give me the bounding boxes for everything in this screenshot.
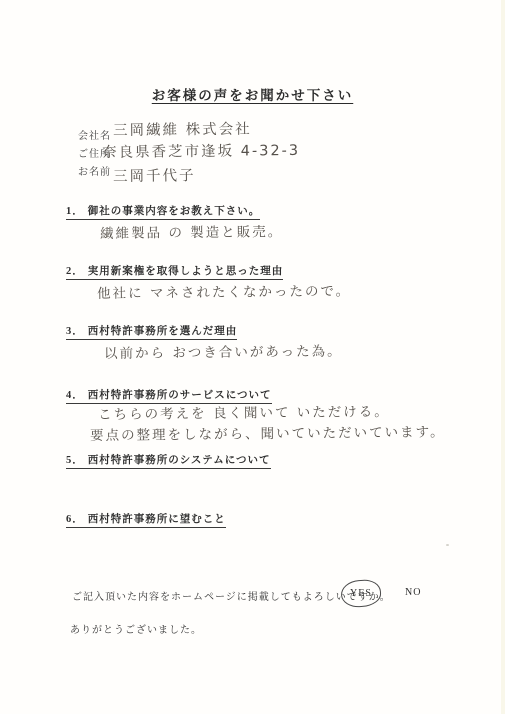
question-1-number: 1． [66, 206, 84, 217]
page-title: お客様の声をお聞かせ下さい [0, 84, 505, 104]
question-2-number: 2． [66, 266, 84, 277]
question-3-heading: 3．西村特許事務所を選んだ理由 [66, 323, 237, 340]
field-label-company: 会社名 [78, 127, 111, 142]
handwritten-address-value: 奈良県香芝市逢坂 4-32-3 [102, 139, 300, 162]
question-5-label: 西村特許事務所のシステムについて [88, 455, 271, 466]
question-3-number: 3． [66, 326, 84, 337]
question-6-label: 西村特許事務所に望むこと [88, 514, 226, 525]
question-5-heading: 5．西村特許事務所のシステムについて [66, 452, 271, 469]
scanned-questionnaire-page: お客様の声をお聞かせ下さい 会社名 ご住所 お名前 三岡繊維 株式会社 奈良県香… [0, 0, 505, 714]
question-2-heading: 2．実用新案権を取得しようと思った理由 [66, 263, 283, 280]
question-4-answer-line-2: 要点の整理をしながら、聞いていただいています。 [90, 420, 446, 444]
question-1-answer: 繊維製品 の 製造と販売。 [100, 220, 283, 242]
scan-edge-shadow [501, 0, 505, 714]
handwritten-name-value: 三岡千代子 [113, 164, 196, 186]
no-label: NO [405, 587, 421, 598]
yes-option: YES [341, 580, 381, 607]
question-5-number: 5． [66, 455, 84, 466]
question-4-number: 4． [66, 390, 84, 401]
thanks-note: ありがとうございました。 [70, 621, 202, 636]
question-6-number: 6． [66, 514, 84, 525]
question-2-label: 実用新案権を取得しようと思った理由 [88, 266, 284, 277]
question-1-label: 御社の事業内容をお教え下さい。 [88, 206, 261, 217]
question-6-heading: 6．西村特許事務所に望むこと [66, 511, 226, 528]
question-3-label: 西村特許事務所を選んだ理由 [88, 326, 238, 337]
handwritten-company-value: 三岡繊維 株式会社 [113, 118, 252, 140]
question-4-label: 西村特許事務所のサービスについて [88, 390, 272, 401]
question-2-answer: 他社に マネされたくなかったので。 [97, 279, 351, 302]
question-4-answer-line-1: こちらの考えを 良く聞いて いただける。 [98, 400, 390, 423]
question-3-answer: 以前から おつき合いがあった為。 [104, 340, 343, 362]
field-label-name: お名前 [78, 163, 111, 178]
scan-noise-speck [446, 544, 449, 546]
yes-label: YES [341, 580, 381, 607]
question-1-heading: 1．御社の事業内容をお教え下さい。 [66, 203, 260, 220]
